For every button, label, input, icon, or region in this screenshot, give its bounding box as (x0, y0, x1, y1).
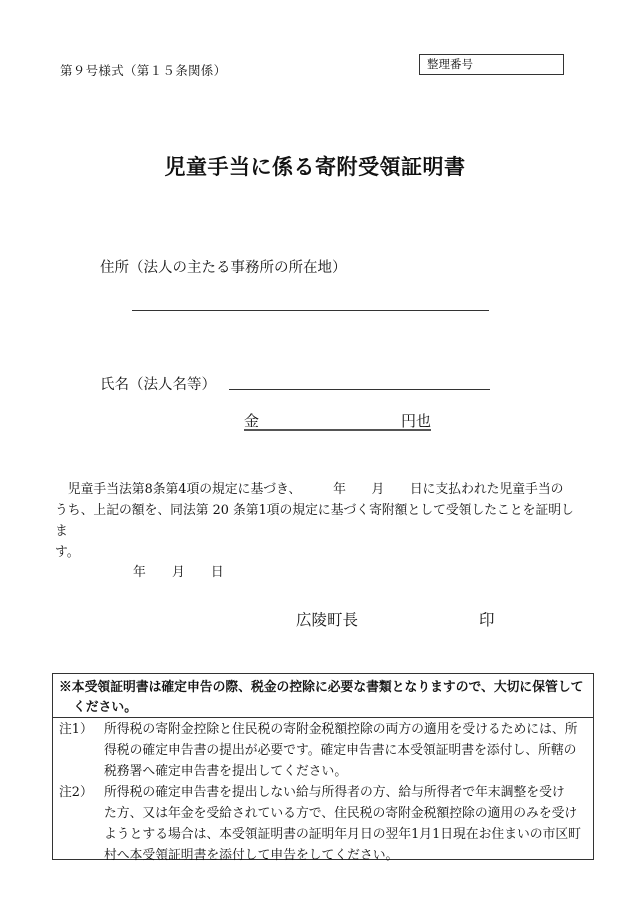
statement-line: す。 (55, 542, 585, 563)
issue-date-day: 日 (211, 561, 224, 580)
note-1: 注1） 所得税の寄附金控除と住民税の寄附金税額控除の両方の適用を受けるためには、… (53, 719, 593, 782)
note-tag: 注1） (59, 719, 93, 740)
address-label: 住所（法人の主たる事務所の所在地） (100, 256, 347, 277)
note-line: 税務署へ確定申告書を提出してください。 (104, 761, 585, 782)
issue-date-year: 年 (133, 561, 146, 580)
statement-line: 児童手当法第8条第4項の規定に基づき、 年 月 日に支払われた児童手当の (55, 479, 585, 500)
notice-heading-line: ください。 (59, 698, 587, 718)
name-field[interactable] (229, 389, 490, 390)
amount-suffix: 円也 (401, 410, 431, 431)
certification-statement: 児童手当法第8条第4項の規定に基づき、 年 月 日に支払われた児童手当の うち、… (55, 479, 585, 563)
notice-heading-line: ※本受領証明書は確定申告の際、税金の控除に必要な書類となりますので、大切に保管し… (59, 680, 583, 695)
note-line: 所得税の寄附金控除と住民税の寄附金税額控除の両方の適用を受けるためには、所 (104, 719, 585, 740)
issue-date-month: 月 (172, 561, 185, 580)
note-2: 注2） 所得税の確定申告書を提出しない給与所得者の方、給与所得者で年末調整を受け… (53, 782, 593, 866)
amount-prefix: 金 (244, 410, 259, 431)
statement-line: うち、上記の額を、同法第 20 条第1項の規定に基づく寄附額として受領したことを… (55, 500, 585, 542)
name-label: 氏名（法人名等） (100, 373, 216, 394)
reference-number-box[interactable]: 整理番号 (419, 54, 564, 75)
note-tag: 注2） (59, 782, 93, 803)
form-number: 第９号様式（第１５条関係） (60, 61, 226, 79)
notice-heading: ※本受領証明書は確定申告の際、税金の控除に必要な書類となりますので、大切に保管し… (53, 674, 593, 718)
issue-date: 年 月 日 (133, 561, 224, 580)
amount-field[interactable]: 金 円也 (244, 410, 431, 431)
note-line: た方、又は年金を受給されている方で、住民税の寄附金税額控除の適用のみを受け (104, 803, 585, 824)
notice-box: ※本受領証明書は確定申告の際、税金の控除に必要な書類となりますので、大切に保管し… (52, 673, 594, 860)
note-line: 所得税の確定申告書を提出しない給与所得者の方、給与所得者で年末調整を受け (104, 782, 585, 803)
seal-mark: 印 (479, 608, 495, 630)
issuer-name: 広陵町長 (296, 608, 358, 630)
note-line: 村へ本受領証明書を添付して申告をしてください。 (104, 845, 585, 866)
document-title: 児童手当に係る寄附受領証明書 (0, 151, 630, 181)
address-field[interactable] (132, 310, 489, 311)
note-line: ようとする場合は、本受領証明書の証明年月日の翌年1月1日現在お住まいの市区町 (104, 824, 585, 845)
reference-number-label: 整理番号 (427, 57, 473, 71)
note-line: 得税の確定申告書の提出が必要です。確定申告書に本受領証明書を添付し、所轄の (104, 740, 585, 761)
